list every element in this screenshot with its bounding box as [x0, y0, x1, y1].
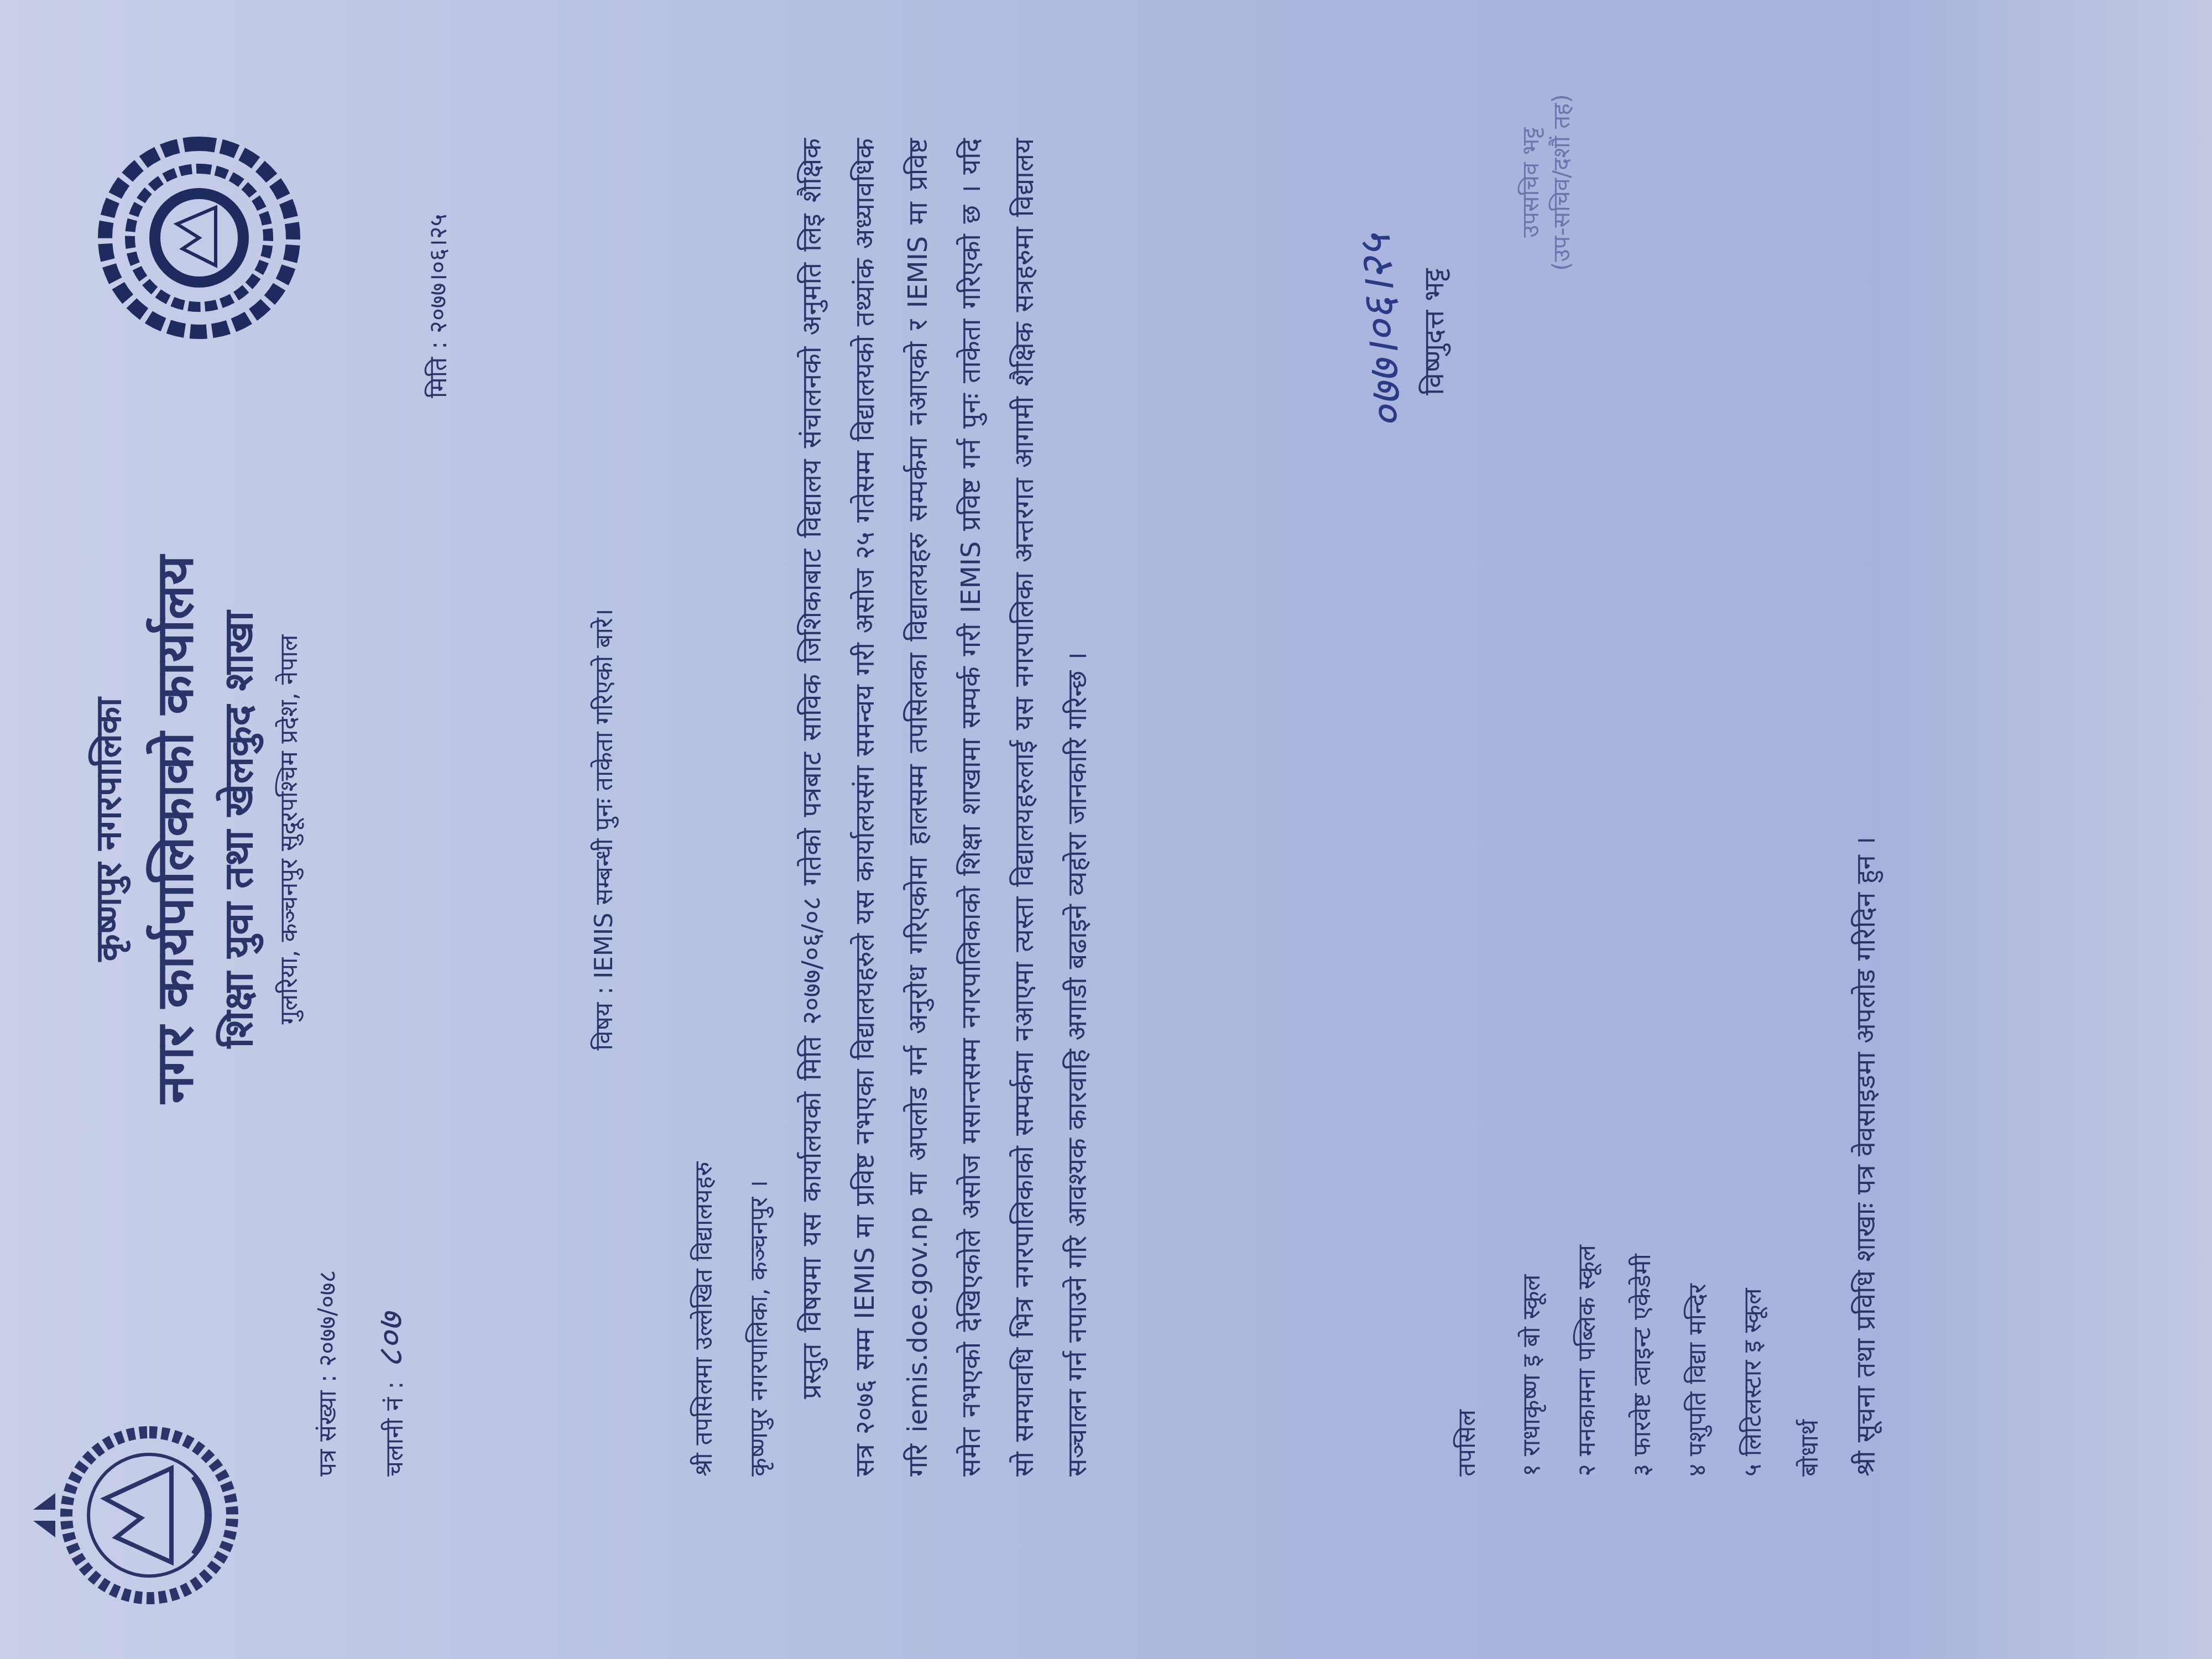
office-title: नगर कार्यपालिकाको कार्यालय — [138, 0, 207, 1659]
letter-number: पत्र संख्या : २०७७/०७८ — [310, 1270, 343, 1477]
subject-line: विषय : IEMIS सम्बन्धी पुनः ताकेता गरिएको… — [586, 0, 619, 1659]
signature-block: ०७७।०६।२५ विष्णुदत्त भट्ट — [1349, 166, 1452, 498]
schedule-heading: तपसिल — [1449, 1410, 1482, 1477]
stamp-line-2: (उप-सचिव/दशौं तह) — [1546, 66, 1577, 299]
municipality-name: कृष्णपुर नगरपालिका — [83, 0, 131, 1659]
cc-line: श्री सूचना तथा प्रविधि शाखाः पत्र वेवसाइ… — [1847, 837, 1883, 1477]
office-address: गुलरिया, कञ्चनपुर सुदूरपश्चिम प्रदेश, ने… — [271, 0, 304, 1659]
list-item: ५ लिटिलस्टार इ स्कूल — [1725, 1245, 1781, 1477]
list-item: १ राधाकृष्ण इ बो स्कूल — [1504, 1245, 1559, 1477]
department-name: शिक्षा युवा तथा खेलकुद शाखा — [210, 0, 264, 1659]
dispatch-number-label: चलानी नं : — [380, 1381, 409, 1477]
addressee-line-1: श्री तपसिलमा उल्लेखित विद्यालयहरु — [686, 1161, 719, 1477]
list-item: ४ पशुपति विद्या मन्दिर — [1670, 1245, 1725, 1477]
school-list: १ राधाकृष्ण इ बो स्कूल २ मनकामना पब्लिक … — [1504, 1245, 1781, 1477]
cc-heading: बोधार्थ — [1792, 1420, 1825, 1477]
designation-stamp: उपसचिव भट्ट (उप-सचिव/दशौं तह) — [1515, 66, 1577, 299]
signatory-name: विष्णुदत्त भट्ट — [1414, 166, 1452, 498]
stamp-line-1: उपसचिव भट्ट — [1515, 66, 1546, 299]
dispatch-number: चलानी नं : ८०७ — [365, 1313, 413, 1477]
letter-body: प्रस्तुत विषयमा यस कार्यालयको मिति २०७७/… — [785, 138, 1104, 1477]
list-item: ३ फारवेष्ट त्वाइन्ट एकेडेमी — [1615, 1245, 1670, 1477]
signature-date: ०७७।०६।२५ — [1349, 233, 1413, 430]
letter-date: मिति : २०७७।०६।२५ — [420, 214, 453, 398]
addressee-line-2: कृष्णपुर नगरपालिका, कञ्चनपुर । — [741, 1180, 774, 1477]
letter-number-label: पत्र संख्या : — [314, 1375, 342, 1477]
handwritten-signature: ०७७।०६।२५ — [1338, 164, 1421, 499]
letter-number-value: २०७७/०७८ — [314, 1270, 342, 1367]
date-label: मिति : — [424, 341, 452, 398]
list-item: २ मनकामना पब्लिक स्कूल — [1559, 1245, 1615, 1477]
letter-page: कृष्णपुर नगरपालिका नगर कार्यपालिकाको कार… — [0, 0, 2212, 1659]
date-value: २०७७।०६।२५ — [424, 214, 452, 333]
dispatch-number-value: ८०७ — [371, 1313, 411, 1368]
